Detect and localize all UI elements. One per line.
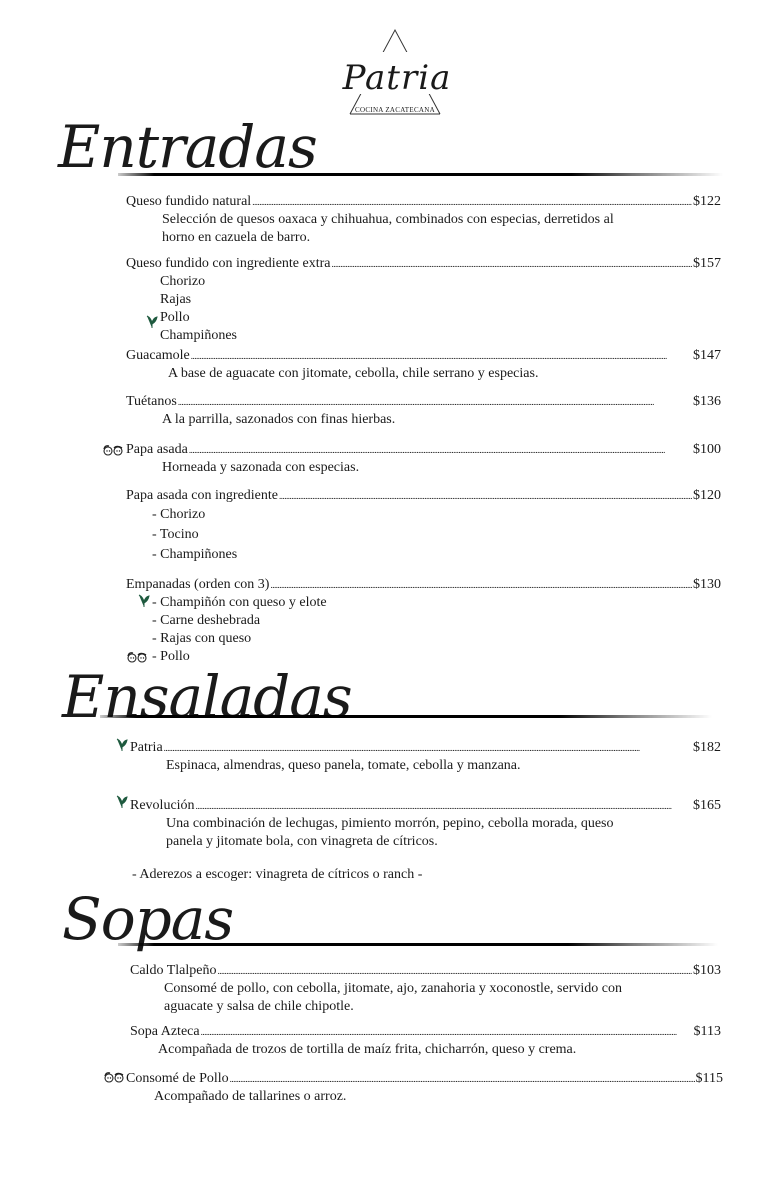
item-price: $165 <box>693 797 721 815</box>
option: - Champiñón con queso y elote <box>152 594 721 612</box>
item-description: Consomé de pollo, con cebolla, jitomate,… <box>130 980 721 1015</box>
item-description: Horneada y sazonada con especias. <box>126 459 721 477</box>
kids-icon <box>126 651 148 663</box>
menu-item: Guacamole$147 A base de aguacate con jit… <box>126 347 721 383</box>
description-line: Consomé de pollo, con cebolla, jitomate,… <box>164 980 721 998</box>
item-name: Papa asada <box>126 441 188 459</box>
item-name: Empanadas (orden con 3) <box>126 576 269 594</box>
menu-item: Revolución$165 Una combinación de lechug… <box>130 797 721 850</box>
brand-logo: Patria COCINA ZACATECANA <box>330 28 460 120</box>
option: - Tocino <box>152 525 721 545</box>
item-price: $115 <box>696 1070 723 1088</box>
description-line: Horneada y sazonada con especias. <box>162 459 721 477</box>
description-line: horno en cazuela de barro. <box>162 229 721 247</box>
item-price: $113 <box>694 1023 721 1041</box>
leader-dots <box>164 739 692 757</box>
item-name: Queso fundido con ingrediente extra <box>126 255 331 273</box>
menu-item: Tuétanos $136 A la parrilla, sazonados c… <box>126 393 721 429</box>
item-name: Patria <box>130 739 163 757</box>
item-price: $182 <box>693 739 721 757</box>
item-price: $100 <box>693 441 721 459</box>
description-line: panela y jitomate bola, con vinagreta de… <box>166 833 721 851</box>
item-description: Acompañada de trozos de tortilla de maíz… <box>130 1041 721 1059</box>
menu-item: Sopa Azteca$113 Acompañada de trozos de … <box>130 1023 721 1059</box>
leader-dots <box>270 576 692 594</box>
leaf-icon <box>138 594 150 608</box>
leader-dots <box>191 347 692 365</box>
description-line: A la parrilla, sazonados con finas hierb… <box>162 411 721 429</box>
item-options: - Chorizo - Tocino - Champiñones <box>126 505 721 565</box>
item-name: Revolución <box>130 797 195 815</box>
option: - Carne deshebrada <box>152 612 721 630</box>
menu-item: Papa asada$100 Horneada y sazonada con e… <box>126 441 721 477</box>
description-line: Espinaca, almendras, queso panela, tomat… <box>166 757 721 775</box>
description-line: Acompañado de tallarines o arroz. <box>154 1088 723 1106</box>
option: - Rajas con queso <box>152 630 721 648</box>
section-divider <box>118 173 723 176</box>
item-name: Sopa Azteca <box>130 1023 200 1041</box>
kids-icon <box>102 444 124 456</box>
item-price: $136 <box>693 393 721 411</box>
leader-dots <box>217 962 692 980</box>
description-line: Selección de quesos oaxaca y chihuahua, … <box>162 211 721 229</box>
option-label: Champiñones <box>160 327 237 345</box>
option: - Chorizo <box>152 505 721 525</box>
menu-item: Queso fundido natural$122 Selección de q… <box>126 193 721 246</box>
menu-item: Queso fundido con ingrediente extra$157 … <box>126 255 721 345</box>
item-price: $130 <box>693 576 721 594</box>
item-description: Espinaca, almendras, queso panela, tomat… <box>130 757 721 775</box>
item-description: Selección de quesos oaxaca y chihuahua, … <box>126 211 721 246</box>
brand-subtitle: COCINA ZACATECANA <box>330 106 460 114</box>
item-name: Guacamole <box>126 347 190 365</box>
leader-dots <box>178 393 692 411</box>
kids-icon <box>103 1071 125 1083</box>
item-price: $147 <box>693 347 721 365</box>
menu-item: Patria$182 Espinaca, almendras, queso pa… <box>130 739 721 775</box>
description-line: A base de aguacate con jitomate, cebolla… <box>168 365 721 383</box>
description-line: aguacate y salsa de chile chipotle. <box>164 998 721 1016</box>
leader-dots <box>252 193 692 211</box>
leaf-icon <box>146 315 158 329</box>
item-name: Tuétanos <box>126 393 177 411</box>
option: Champiñones <box>160 327 721 345</box>
brand-name: Patria <box>334 58 460 98</box>
section-title-sopas: Sopas <box>62 890 233 948</box>
item-name: Papa asada con ingrediente <box>126 487 278 505</box>
item-name: Consomé de Pollo <box>126 1070 229 1088</box>
menu-item: Papa asada con ingrediente$120 - Chorizo… <box>126 487 721 565</box>
item-price: $103 <box>693 962 721 980</box>
item-name: Queso fundido natural <box>126 193 251 211</box>
leader-dots <box>189 441 692 459</box>
section-divider <box>100 715 712 718</box>
section-title-entradas: Entradas <box>58 118 317 176</box>
option: Rajas <box>160 291 721 309</box>
leader-dots <box>201 1023 693 1041</box>
item-options: - Champiñón con queso y elote - Carne de… <box>126 594 721 666</box>
option: Pollo <box>160 309 721 327</box>
leader-dots <box>332 255 693 273</box>
dressing-note: - Aderezos a escoger: vinagreta de cítri… <box>132 867 422 883</box>
item-price: $122 <box>693 193 721 211</box>
item-name: Caldo Tlalpeño <box>130 962 216 980</box>
menu-item: Empanadas (orden con 3)$130 - Champiñón … <box>126 576 721 666</box>
description-line: Acompañada de trozos de tortilla de maíz… <box>158 1041 721 1059</box>
leaf-icon <box>116 738 128 752</box>
item-description: A la parrilla, sazonados con finas hierb… <box>126 411 721 429</box>
item-price: $157 <box>693 255 721 273</box>
item-options: Chorizo Rajas Pollo Champiñones <box>126 273 721 345</box>
item-description: Una combinación de lechugas, pimiento mo… <box>130 815 721 850</box>
option: Chorizo <box>160 273 721 291</box>
leader-dots <box>279 487 692 505</box>
item-description: Acompañado de tallarines o arroz. <box>126 1088 723 1106</box>
leader-dots <box>196 797 692 815</box>
menu-item: Caldo Tlalpeño$103 Consomé de pollo, con… <box>130 962 721 1015</box>
option: - Champiñones <box>152 545 721 565</box>
leader-dots <box>230 1070 695 1088</box>
menu-item: Consomé de Pollo$115 Acompañado de talla… <box>126 1070 723 1106</box>
item-price: $120 <box>693 487 721 505</box>
description-line: Una combinación de lechugas, pimiento mo… <box>166 815 721 833</box>
section-divider <box>118 943 718 946</box>
item-description: A base de aguacate con jitomate, cebolla… <box>126 365 721 383</box>
leaf-icon <box>116 795 128 809</box>
